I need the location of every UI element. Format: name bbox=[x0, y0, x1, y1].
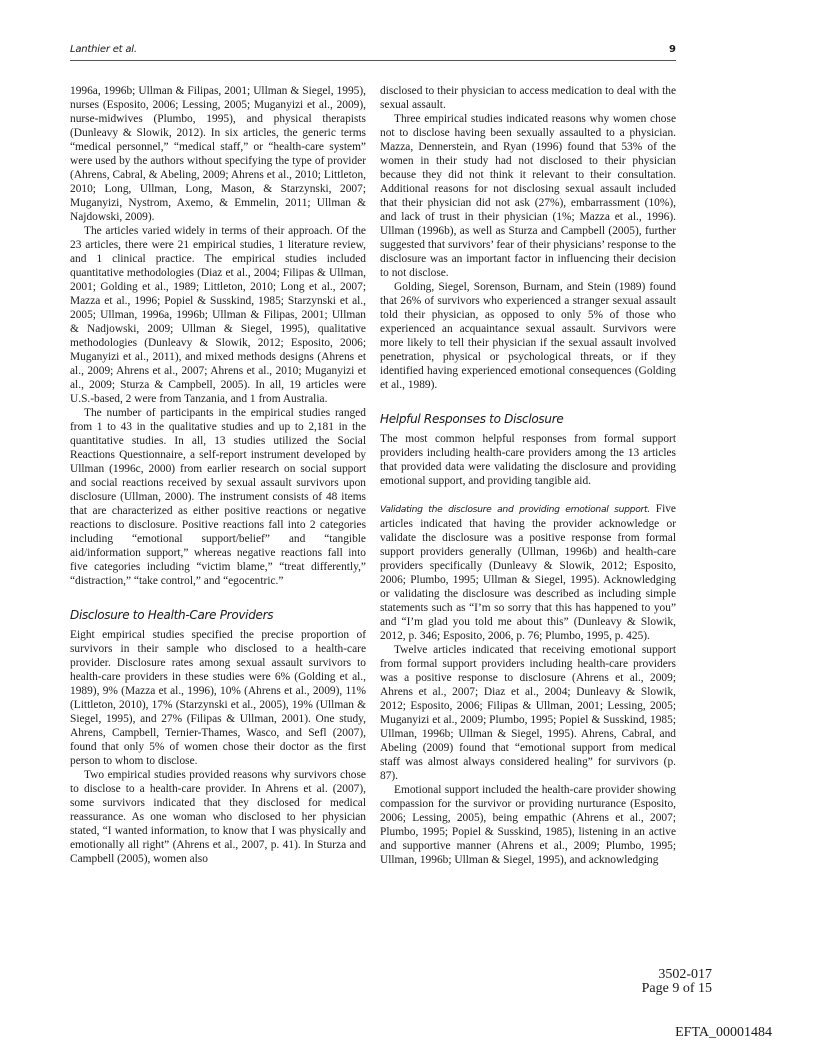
paragraph: Eight empirical studies specified the pr… bbox=[70, 628, 366, 768]
paragraph: The most common helpful responses from f… bbox=[380, 432, 676, 488]
paragraph: disclosed to their physician to access m… bbox=[380, 84, 676, 112]
running-head: Lanthier et al. bbox=[70, 44, 137, 55]
left-column: 1996a, 1996b; Ullman & Filipas, 2001; Ul… bbox=[70, 84, 366, 866]
paragraph: Emotional support included the health-ca… bbox=[380, 783, 676, 867]
paragraph-validating: Validating the disclosure and providing … bbox=[380, 502, 676, 643]
section-heading-helpful-responses: Helpful Responses to Disclosure bbox=[380, 412, 676, 426]
paragraph: The number of participants in the empiri… bbox=[70, 406, 366, 588]
paragraph: Golding, Siegel, Sorenson, Burnam, and S… bbox=[380, 280, 676, 392]
page-number: 9 bbox=[669, 44, 676, 55]
bates-number: EFTA_00001484 bbox=[675, 1025, 772, 1041]
document-stamp: 3502-017 Page 9 of 15 bbox=[642, 968, 712, 996]
page-of: Page 9 of 15 bbox=[642, 982, 712, 996]
doc-code: 3502-017 bbox=[642, 968, 712, 982]
paragraph: Two empirical studies provided reasons w… bbox=[70, 768, 366, 866]
paragraph: The articles varied widely in terms of t… bbox=[70, 224, 366, 406]
page-header: Lanthier et al. 9 bbox=[70, 43, 676, 61]
subsection-heading-validating: Validating the disclosure and providing … bbox=[380, 504, 650, 515]
paragraph: 1996a, 1996b; Ullman & Filipas, 2001; Ul… bbox=[70, 84, 366, 224]
right-column: disclosed to their physician to access m… bbox=[380, 84, 676, 867]
section-heading-disclosure: Disclosure to Health-Care Providers bbox=[70, 608, 366, 622]
paragraph: Three empirical studies indicated reason… bbox=[380, 112, 676, 280]
paragraph-text: Five articles indicated that having the … bbox=[380, 503, 676, 642]
paragraph: Twelve articles indicated that receiving… bbox=[380, 643, 676, 783]
